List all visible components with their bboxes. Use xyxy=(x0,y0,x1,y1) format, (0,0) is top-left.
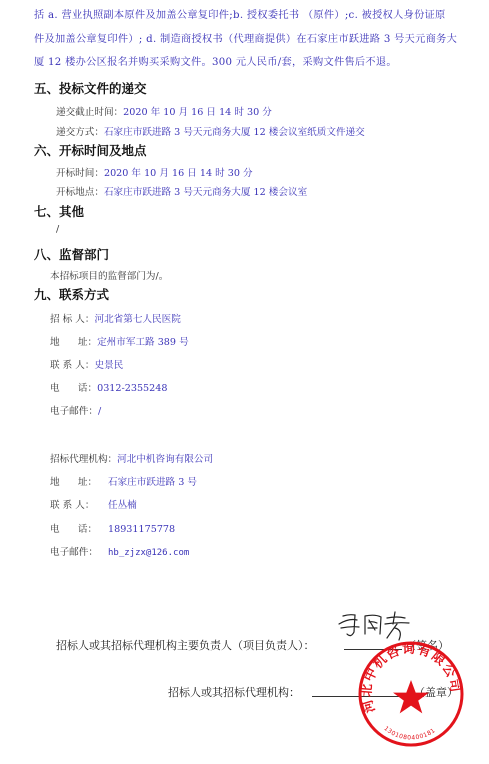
opening-place: 开标地点：石家庄市跃进路 3 号天元商务大厦 12 楼会议室 xyxy=(56,184,307,198)
agency-phone-value: 18931175778 xyxy=(108,524,175,535)
agency-name-value: 河北中机咨询有限公司 xyxy=(117,454,213,465)
agency-address-label: 地 址： xyxy=(50,474,108,488)
opening-time: 开标时间：2020 年 10 月 16 日 14 时 30 分 xyxy=(56,165,253,179)
tenderer-address: 地 址：定州市军工路 389 号 xyxy=(50,334,189,348)
submission-method-label: 递交方式： xyxy=(56,127,104,138)
submission-deadline: 递交截止时间：2020 年 10 月 16 日 14 时 30 分 xyxy=(56,104,272,118)
section-7-heading: 七、其他 xyxy=(34,202,84,220)
tenderer-address-label: 地 址： xyxy=(50,337,97,348)
company-stamp: 河北中机咨询有限公司 1301080400181 xyxy=(357,640,465,748)
tenderer-phone-value: 0312-2355248 xyxy=(97,383,167,394)
agency-name-label: 招标代理机构： xyxy=(50,454,117,465)
opening-time-value: 2020 年 10 月 16 日 14 时 30 分 xyxy=(104,168,253,179)
tenderer-email-value: / xyxy=(98,406,101,417)
tenderer-contact-value: 史景民 xyxy=(94,360,123,371)
tenderer-email: 电子邮件：/ xyxy=(50,403,101,417)
agency-name: 招标代理机构：河北中机咨询有限公司 xyxy=(50,451,213,465)
responsible-person-label: 招标人或其招标代理机构主要负责人（项目负责人）： xyxy=(56,637,315,653)
intro-line-2: 件及加盖公章复印件）; d. 制造商授权书（代理商提供）在石家庄市跃进路 3 号… xyxy=(34,34,457,46)
tenderer-address-value: 定州市军工路 389 号 xyxy=(97,337,189,348)
star-icon xyxy=(393,680,429,713)
agency-email-value: hb_zjzx@126.com xyxy=(108,548,189,558)
agency-phone-label: 电 话： xyxy=(50,521,108,535)
agency-address-value: 石家庄市跃进路 3 号 xyxy=(108,477,197,488)
tenderer-contact: 联 系 人：史景民 xyxy=(50,357,123,371)
tenderer-contact-label: 联 系 人： xyxy=(50,360,94,371)
agency-contact: 联 系 人：任丛楠 xyxy=(50,497,137,511)
opening-place-value: 石家庄市跃进路 3 号天元商务大厦 12 楼会议室 xyxy=(104,187,307,198)
agency-email: 电子邮件：hb_zjzx@126.com xyxy=(50,544,189,558)
agency-address: 地 址：石家庄市跃进路 3 号 xyxy=(50,474,197,488)
section-9-heading: 九、联系方式 xyxy=(34,285,109,303)
section-5-heading: 五、投标文件的递交 xyxy=(34,79,147,97)
agency-email-label: 电子邮件： xyxy=(50,544,108,558)
agency-contact-label: 联 系 人： xyxy=(50,497,108,511)
svg-text:1301080400181: 1301080400181 xyxy=(382,725,436,742)
intro-line-1: 括 a. 营业执照副本原件及加盖公章复印件;b. 授权委托书 （原件）;c. 被… xyxy=(34,10,446,22)
agency-phone: 电 话：18931175778 xyxy=(50,521,175,535)
handwritten-signature xyxy=(335,610,415,644)
agency-contact-value: 任丛楠 xyxy=(108,500,137,511)
section-7-content: / xyxy=(56,224,59,235)
organization-label: 招标人或其招标代理机构： xyxy=(168,684,300,700)
tenderer-name-value: 河北省第七人民医院 xyxy=(94,314,180,325)
tenderer-name-label: 招 标 人： xyxy=(50,314,94,325)
section-8-heading: 八、监督部门 xyxy=(34,245,109,263)
tenderer-email-label: 电子邮件： xyxy=(50,406,98,417)
intro-line-3: 厦 12 楼办公区报名并购买采购文件。300 元人民币/套，采购文件售后不退。 xyxy=(34,57,397,69)
tenderer-name: 招 标 人：河北省第七人民医院 xyxy=(50,311,181,325)
tenderer-phone-label: 电 话： xyxy=(50,383,97,394)
submission-deadline-value: 2020 年 10 月 16 日 14 时 30 分 xyxy=(123,107,272,118)
section-6-heading: 六、开标时间及地点 xyxy=(34,141,147,159)
opening-place-label: 开标地点： xyxy=(56,187,104,198)
tenderer-phone: 电 话：0312-2355248 xyxy=(50,380,167,394)
submission-method-value: 石家庄市跃进路 3 号天元商务大厦 12 楼会议室纸质文件递交 xyxy=(104,127,365,138)
submission-deadline-label: 递交截止时间： xyxy=(56,107,123,118)
submission-method: 递交方式：石家庄市跃进路 3 号天元商务大厦 12 楼会议室纸质文件递交 xyxy=(56,124,365,138)
section-8-content: 本招标项目的监督部门为/。 xyxy=(50,268,168,282)
opening-time-label: 开标时间： xyxy=(56,168,104,179)
